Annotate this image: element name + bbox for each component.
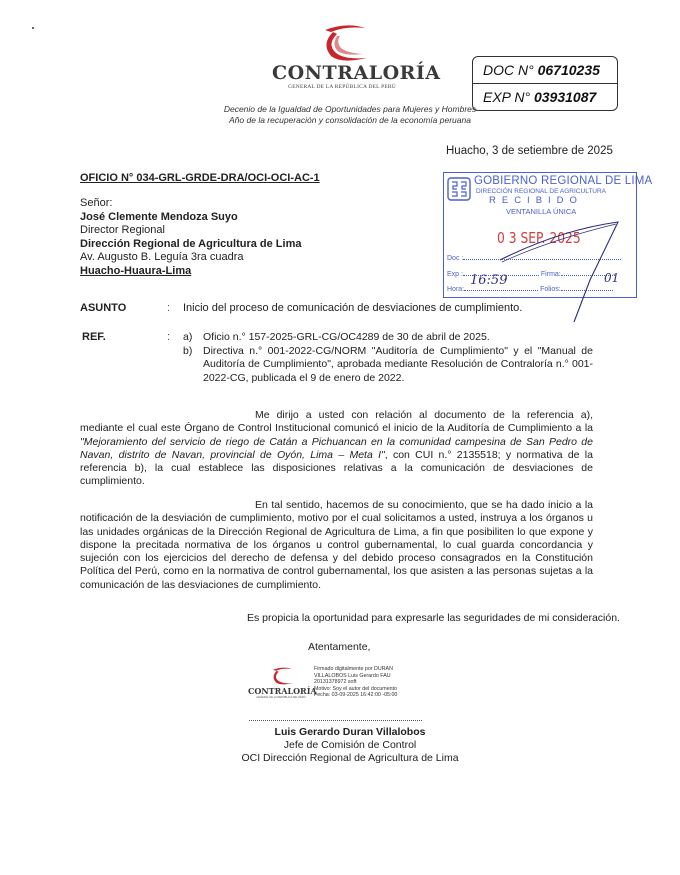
date-line: Huacho, 3 de setiembre de 2025 [446, 145, 613, 157]
closing: Atentamente, [308, 641, 370, 653]
scan-artifact [32, 27, 34, 29]
signer-name: Luis Gerardo Duran Villalobos [200, 726, 500, 739]
addressee-address: Av. Augusto B. Leguía 3ra cuadra [80, 251, 301, 265]
signature-logo: CONTRALORÍA GENERAL DE LA REPÚBLICA DEL … [248, 666, 314, 699]
salutation: Señor: [80, 197, 301, 211]
addressee-organization: Dirección Regional de Agricultura de Lim… [80, 238, 301, 252]
document-number-box: DOC N° 06710235 EXP N° 03931087 [472, 56, 618, 111]
addressee-block: Señor: José Clemente Mendoza Suyo Direct… [80, 197, 301, 278]
digital-signature-details: Firmado digitalmente por DURAN VILLALOBO… [314, 666, 397, 699]
motto-line: Decenio de la Igualdad de Oportunidades … [190, 104, 510, 115]
asunto-text: Inicio del proceso de comunicación de de… [183, 302, 522, 314]
stamp-status: RECIBIDO [489, 195, 583, 206]
logo-title: CONTRALORÍA [272, 62, 412, 84]
motto-line: Año de la recuperación y consolidación d… [190, 115, 510, 126]
signer-block: Luis Gerardo Duran Villalobos Jefe de Co… [200, 726, 500, 765]
signature-line [249, 720, 422, 721]
stamp-office: DIRECCIÓN REGIONAL DE AGRICULTURA [476, 188, 606, 195]
ref-label: REF. [82, 331, 106, 343]
contraloria-swoosh-icon [307, 22, 377, 64]
asunto-label: ASUNTO [80, 302, 126, 314]
contraloria-logo: CONTRALORÍA GENERAL DE LA REPÚBLICA DEL … [272, 22, 412, 90]
stamp-entity: GOBIERNO REGIONAL DE LIMA [474, 175, 652, 187]
addressee-position: Director Regional [80, 224, 301, 238]
doc-number: 06710235 [538, 62, 600, 78]
addressee-city: Huacho-Huaura-Lima [80, 265, 301, 279]
reference-item: a) Oficio n.° 157-2025-GRL-CG/OC4289 de … [183, 331, 593, 345]
body-paragraph-2: En tal sentido, hacemos de su conocimien… [80, 499, 593, 592]
exp-label: EXP N° [483, 89, 530, 105]
body-paragraph-3: Es propicia la oportunidad para expresar… [247, 612, 620, 624]
ref-colon: : [167, 331, 170, 343]
official-mottos: Decenio de la Igualdad de Oportunidades … [190, 104, 510, 126]
exp-number: 03931087 [534, 89, 596, 105]
signer-office: OCI Dirección Regional de Agricultura de… [200, 752, 500, 765]
oficio-number: OFICIO N° 034-GRL-GRDE-DRA/OCI-OCI-AC-1 [80, 172, 320, 184]
doc-number-row: DOC N° 06710235 [473, 57, 617, 83]
signer-title: Jefe de Comisión de Control [200, 739, 500, 752]
asunto-colon: : [167, 302, 170, 314]
addressee-name: José Clemente Mendoza Suyo [80, 211, 301, 225]
doc-label: DOC N° [483, 62, 534, 78]
body-paragraph-1: Me dirijo a usted con relación al docume… [80, 409, 593, 489]
references-list: a) Oficio n.° 157-2025-GRL-CG/OC4289 de … [183, 331, 593, 385]
reference-item: b) Directiva n.° 001-2022-CG/NORM "Audit… [183, 345, 593, 386]
logo-subtitle: GENERAL DE LA REPÚBLICA DEL PERÚ [272, 84, 412, 90]
regional-emblem-icon [447, 177, 471, 201]
contraloria-swoosh-icon [264, 666, 298, 686]
